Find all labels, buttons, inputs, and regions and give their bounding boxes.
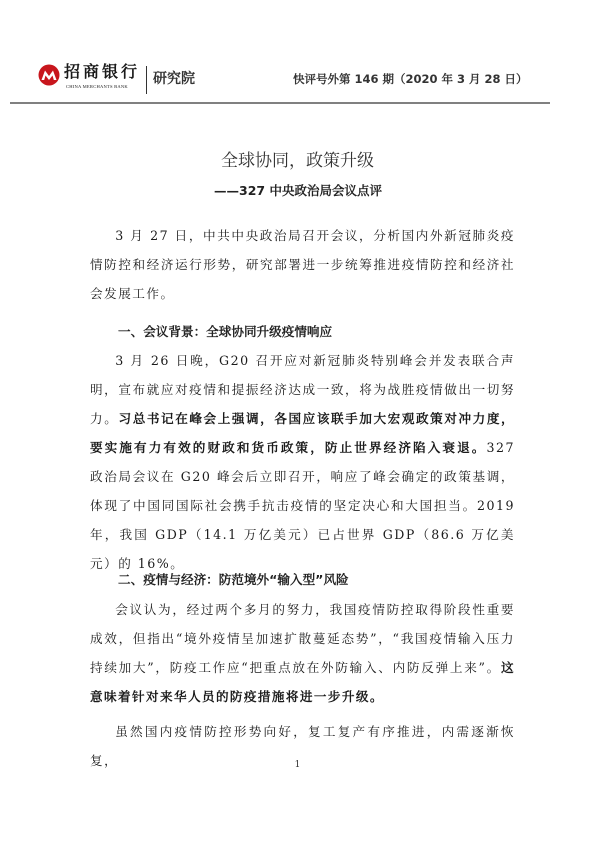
section-1-body: 3 月 26 日晚，G20 召开应对新冠肺炎特别峰会并发表联合声明，宣布就应对疫… xyxy=(90,346,515,578)
emphasis-text: 习总书记在峰会上强调，各国应该联手加大宏观政策对冲力度，要实施有力有效的财政和货… xyxy=(90,411,515,455)
document-subtitle: ——327 中央政治局会议点评 xyxy=(214,183,382,199)
section-2-heading-block: 二、疫情与经济：防范境外“输入型”风险 xyxy=(90,572,515,588)
page-number: 1 xyxy=(0,760,595,770)
brand-name-chinese: 招商银行 xyxy=(64,63,140,81)
header-divider xyxy=(146,66,147,94)
paragraph-text: 会议认为，经过两个多月的努力，我国疫情防控取得阶段性重要成效，但指出“境外疫情呈… xyxy=(90,602,515,675)
document-title: 全球协同，政策升级 xyxy=(0,151,595,171)
intro-paragraph: 3 月 27 日，中共中央政治局召开会议，分析国内外新冠肺炎疫情防控和经济运行形… xyxy=(90,221,515,308)
institute-name: 研究院 xyxy=(153,70,195,88)
china-merchants-bank-logo-icon xyxy=(38,64,60,86)
section-2-paragraph-1: 会议认为，经过两个多月的努力，我国疫情防控取得阶段性重要成效，但指出“境外疫情呈… xyxy=(90,595,515,711)
issue-info: 快评号外第 146 期（2020 年 3 月 28 日） xyxy=(293,72,528,86)
section-heading: 二、疫情与经济：防范境外“输入型”风险 xyxy=(90,572,515,588)
section-1-paragraph: 3 月 26 日晚，G20 召开应对新冠肺炎特别峰会并发表联合声明，宣布就应对疫… xyxy=(90,346,515,578)
section-heading: 一、会议背景：全球协同升级疫情响应 xyxy=(90,324,515,340)
section-2-body: 会议认为，经过两个多月的努力，我国疫情防控取得阶段性重要成效，但指出“境外疫情呈… xyxy=(90,595,515,775)
intro-block: 3 月 27 日，中共中央政治局召开会议，分析国内外新冠肺炎疫情防控和经济运行形… xyxy=(90,221,515,308)
brand-name-english: CHINA MERCHANTS BANK xyxy=(66,84,128,90)
header-rule xyxy=(10,102,550,104)
document-header: 招商银行 CHINA MERCHANTS BANK 研究院 快评号外第 146 … xyxy=(0,0,595,110)
paragraph-text: 327 政治局会议在 G20 峰会后立即召开，响应了峰会确定的政策基调，体现了中… xyxy=(90,440,515,571)
section-1-heading-block: 一、会议背景：全球协同升级疫情响应 xyxy=(90,324,515,340)
